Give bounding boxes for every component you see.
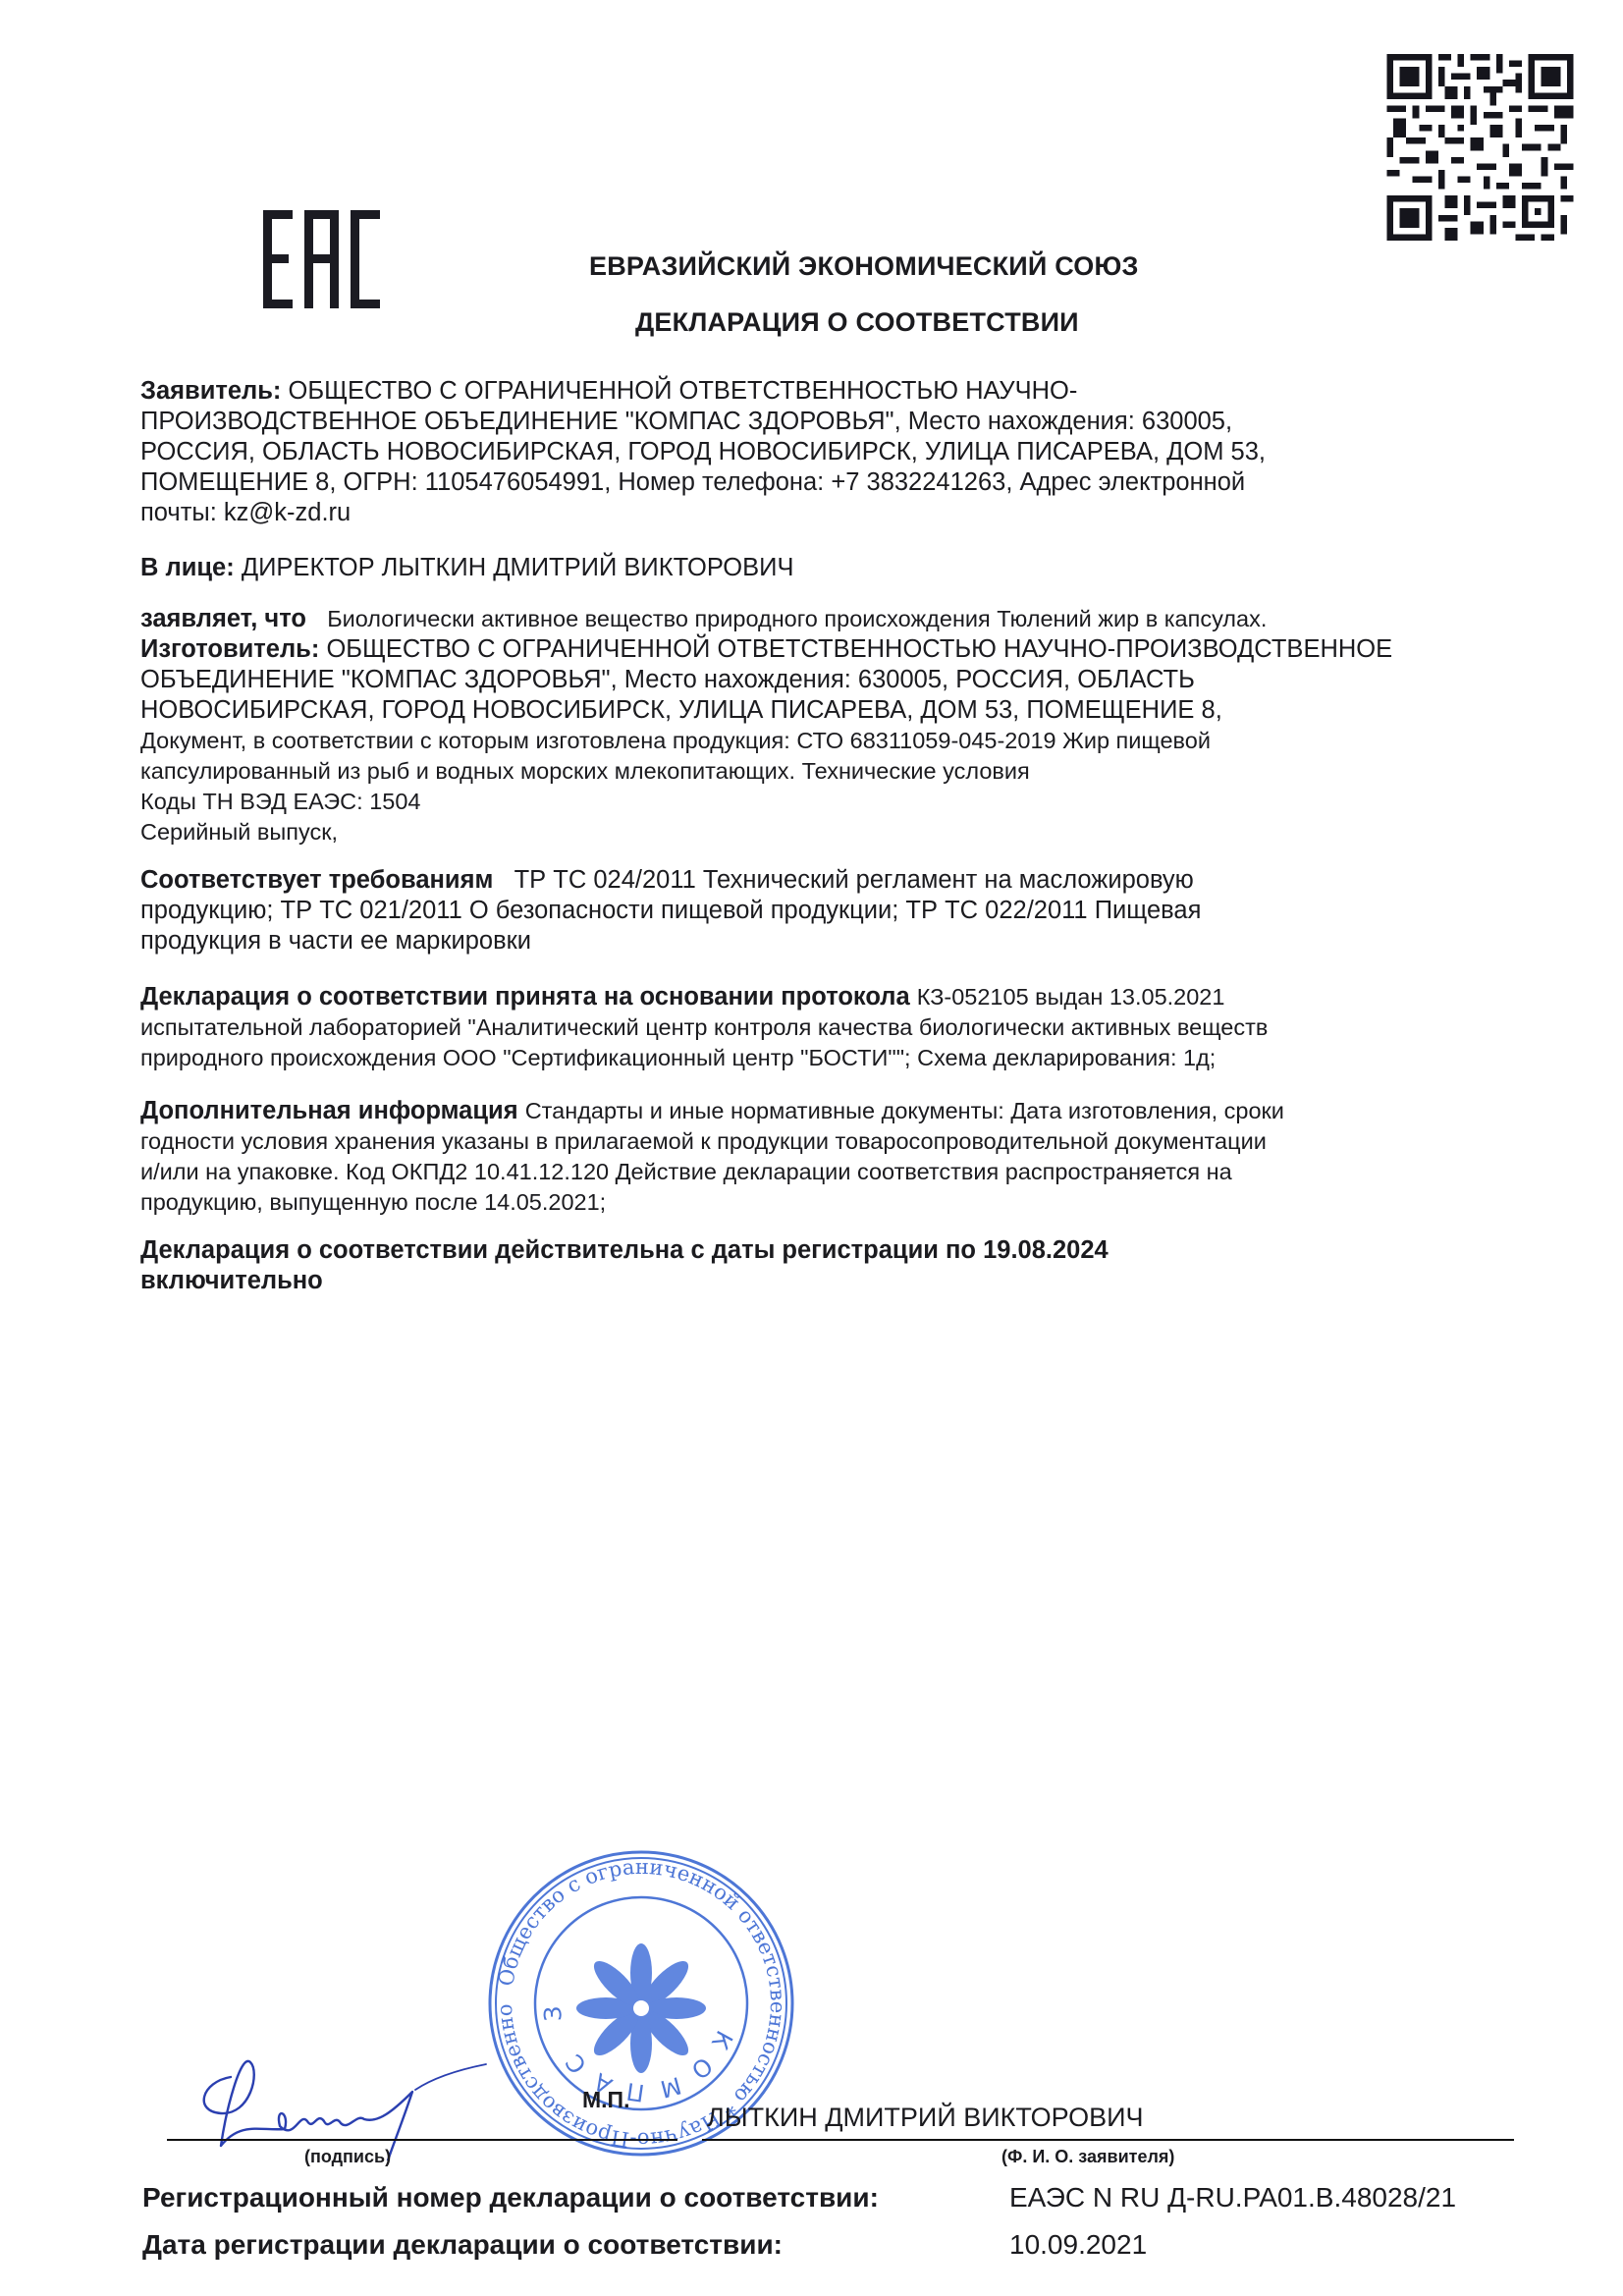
manufacturer-line: НОВОСИБИРСКАЯ, ГОРОД НОВОСИБИРСК, УЛИЦА …: [140, 695, 1535, 726]
name-line: [702, 2139, 1514, 2141]
union-title: ЕВРАЗИЙСКИЙ ЭКОНОМИЧЕСКИЙ СОЮЗ: [589, 251, 1198, 282]
applicant-line: ПРОИЗВОДСТВЕННОЕ ОБЪЕДИНЕНИЕ "КОМПАС ЗДО…: [140, 407, 1535, 437]
validity-section: Декларация о соответствии действительна …: [140, 1235, 1535, 1296]
protocol-label: Декларация о соответствии принята на осн…: [140, 983, 910, 1011]
validity-line: включительно: [140, 1266, 1535, 1296]
compliance-line: продукцию; ТР ТС 021/2011 О безопасности…: [140, 896, 1535, 926]
additional-label: Дополнительная информация: [140, 1097, 518, 1124]
product-section: заявляет, что Биологически активное веще…: [140, 604, 1535, 847]
registration-date-value: 10.09.2021: [1009, 2229, 1147, 2261]
compliance-section: Соответствует требованиям ТР ТС 024/2011…: [140, 865, 1535, 957]
name-caption: (Ф. И. О. заявителя): [1001, 2147, 1174, 2167]
compliance-label: Соответствует требованиям: [140, 866, 493, 894]
applicant-section: Заявитель: ОБЩЕСТВО С ОГРАНИЧЕННОЙ ОТВЕТ…: [140, 376, 1535, 528]
validity-line: Декларация о соответствии действительна …: [140, 1235, 1535, 1266]
applicant-label: Заявитель:: [140, 377, 281, 405]
registration-date-label: Дата регистрации декларации о соответств…: [142, 2229, 783, 2261]
declaration-title: ДЕКЛАРАЦИЯ О СООТВЕТСТВИИ: [635, 307, 1244, 338]
person-value: ДИРЕКТОР ЛЫТКИН ДМИТРИЙ ВИКТОРОВИЧ: [242, 554, 794, 581]
additional-line: годности условия хранения указаны в прил…: [140, 1126, 1535, 1157]
applicant-line: РОССИЯ, ОБЛАСТЬ НОВОСИБИРСКАЯ, ГОРОД НОВ…: [140, 437, 1535, 467]
registration-number-label: Регистрационный номер декларации о соотв…: [142, 2182, 879, 2214]
protocol-line: испытательной лабораторией "Аналитически…: [140, 1012, 1535, 1043]
compliance-line: ТР ТС 024/2011 Технический регламент на …: [514, 866, 1194, 894]
signature-line: [167, 2139, 677, 2141]
qr-code-icon[interactable]: [1384, 54, 1576, 241]
handwritten-signature-icon: [191, 2052, 515, 2160]
hs-codes: Коды ТН ВЭД ЕАЭС: 1504: [140, 787, 1535, 817]
protocol-section: Декларация о соответствии принята на осн…: [140, 982, 1535, 1073]
additional-line: Стандарты и иные нормативные документы: …: [525, 1098, 1284, 1123]
eac-mark-icon: [263, 210, 381, 308]
additional-line: и/или на упаковке. Код ОКПД2 10.41.12.12…: [140, 1157, 1535, 1187]
applicant-full-name: ЛЫТКИН ДМИТРИЙ ВИКТОРОВИЧ: [707, 2103, 1144, 2133]
applicant-line: ПОМЕЩЕНИЕ 8, ОГРН: 1105476054991, Номер …: [140, 467, 1535, 498]
manufacturer-line: ОБЪЕДИНЕНИЕ "КОМПАС ЗДОРОВЬЯ", Место нах…: [140, 665, 1535, 695]
product-name: Биологически активное вещество природног…: [327, 606, 1267, 631]
product-doc-line: Документ, в соответствии с которым изгот…: [140, 726, 1535, 756]
declares-label: заявляет, что: [140, 605, 306, 632]
additional-line: продукцию, выпущенную после 14.05.2021;: [140, 1187, 1535, 1218]
seal-place-label: М.П.: [582, 2087, 629, 2113]
additional-info-section: Дополнительная информация Стандарты и ин…: [140, 1096, 1535, 1218]
protocol-line: КЗ-052105 выдан 13.05.2021: [917, 984, 1225, 1010]
protocol-line: природного происхождения ООО "Сертификац…: [140, 1043, 1535, 1073]
manufacturer-line: ОБЩЕСТВО С ОГРАНИЧЕННОЙ ОТВЕТСТВЕННОСТЬЮ…: [326, 635, 1392, 663]
person-label: В лице:: [140, 554, 235, 581]
serial-release: Серийный выпуск,: [140, 817, 1535, 847]
applicant-line: почты: kz@k-zd.ru: [140, 498, 1535, 528]
person-section: В лице: ДИРЕКТОР ЛЫТКИН ДМИТРИЙ ВИКТОРОВ…: [140, 553, 1535, 583]
compliance-line: продукция в части ее маркировки: [140, 926, 1535, 957]
signature-caption: (подпись): [304, 2147, 391, 2167]
registration-number-value: ЕАЭС N RU Д-RU.PA01.B.48028/21: [1009, 2182, 1456, 2214]
product-doc-line: капсулированный из рыб и водных морских …: [140, 756, 1535, 787]
applicant-line: ОБЩЕСТВО С ОГРАНИЧЕННОЙ ОТВЕТСТВЕННОСТЬЮ…: [289, 377, 1078, 405]
manufacturer-label: Изготовитель:: [140, 635, 319, 663]
